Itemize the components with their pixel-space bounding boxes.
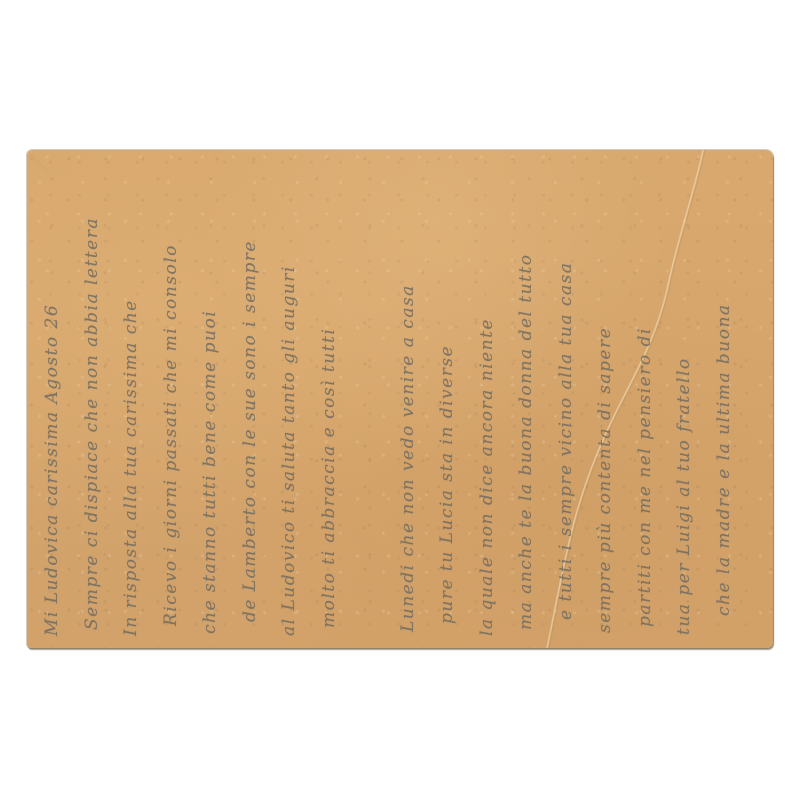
handwritten-line: Ricevo i giorni passati che mi consolo [160,150,182,640]
handwritten-line: che stanno tutti bene come puoi [199,150,221,640]
handwritten-line: al Ludovico ti saluta tanto gli auguri [278,150,300,640]
handwritten-line [357,150,379,640]
postcard: Mi Ludovica carissima Agosto 26Sempre ci… [27,150,773,648]
handwritten-line: Lunedi che non vedo venire a casa [397,150,419,640]
handwritten-line: Sempre ci dispiace che non abbia lettera [81,150,103,640]
handwritten-line: e tutti i sempre vicino alla tua casa [555,150,577,640]
photo-background: Mi Ludovica carissima Agosto 26Sempre ci… [0,0,800,800]
handwritten-line: pure tu Lucia sta in diverse [436,150,458,640]
handwritten-line: che la madre e la ultima buona [713,150,735,640]
handwritten-line: molto ti abbraccia e così tutti [318,150,340,640]
handwritten-line: de Lamberto con le sue sono i sempre [239,150,261,640]
handwritten-line: sempre più contenta di sapere [594,150,616,640]
handwritten-line: In risposta alla tua carissima che [120,150,142,640]
handwritten-line: partiti con me nel pensiero di [634,150,656,640]
handwritten-message: Mi Ludovica carissima Agosto 26Sempre ci… [27,150,773,648]
handwritten-line: ma anche te la buona donna del tutto [515,150,537,640]
handwritten-line: Mi Ludovica carissima Agosto 26 [41,150,63,640]
handwritten-line: la quale non dice ancora niente [476,150,498,640]
handwritten-line: tua per Luigi al tuo fratello [673,150,695,640]
